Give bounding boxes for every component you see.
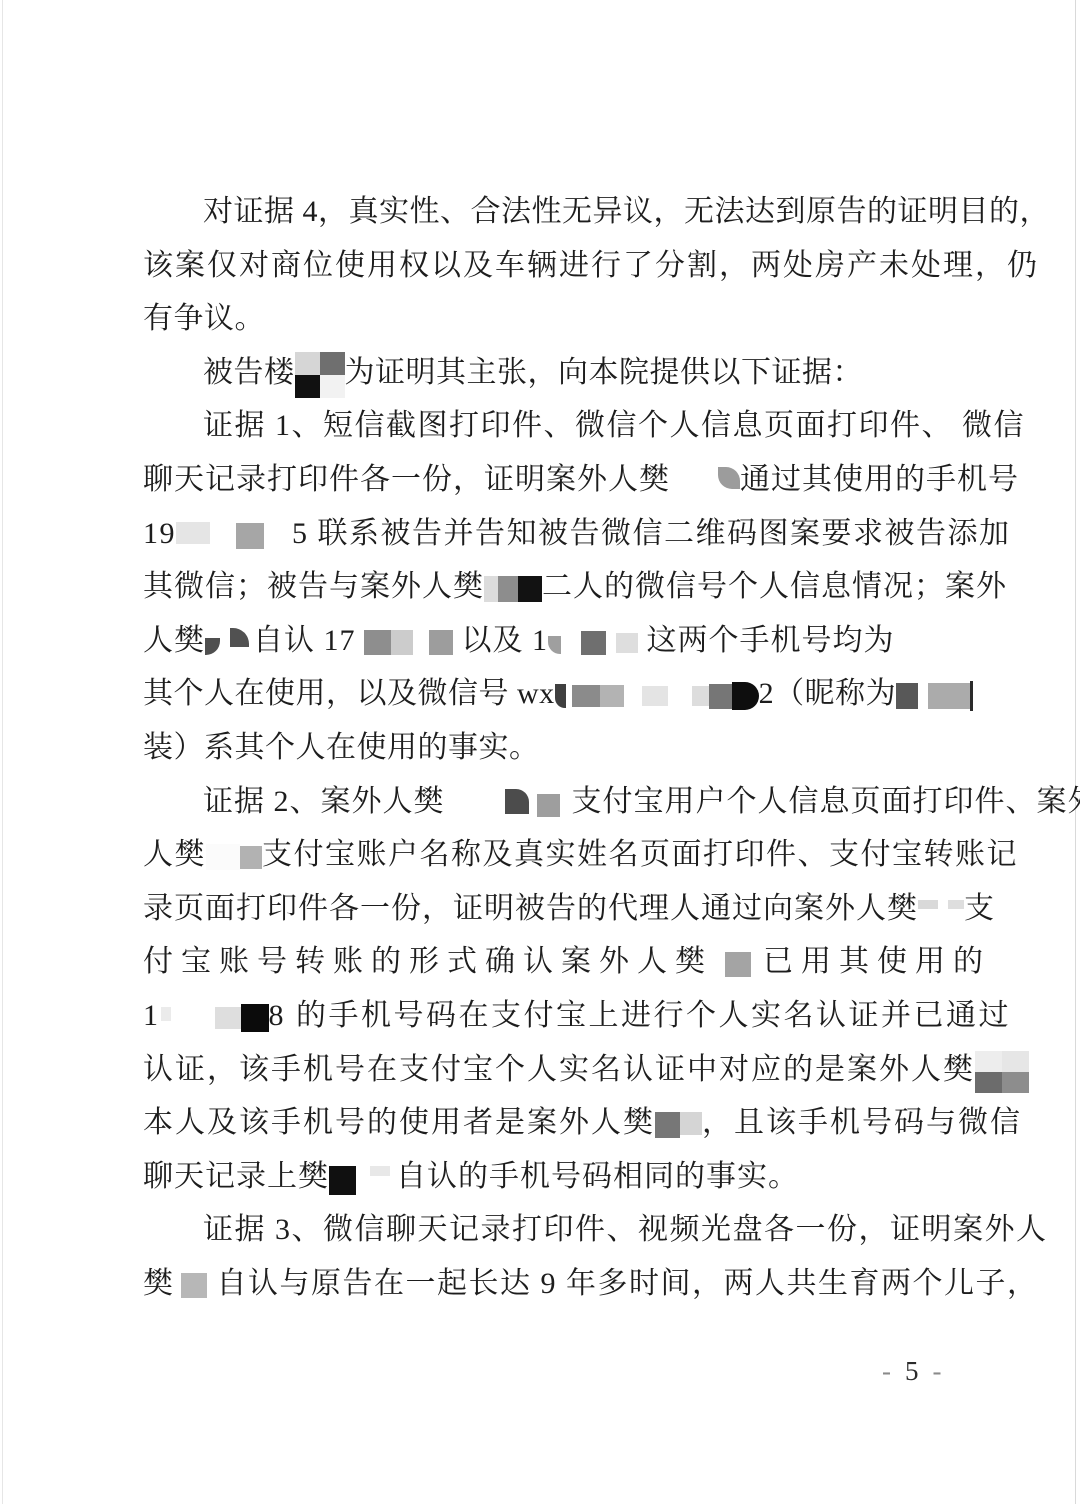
text-segment: 证据 1、短信截图打印件、微信个人信息页面打印件、 微信 [203, 409, 1025, 442]
text-line: 录页面打印件各一份，证明被告的代理人通过向案外人樊支 [143, 882, 983, 936]
redaction-outsider-name [484, 576, 542, 602]
text-segment: 自认与原告在一起长达 9 年多时间，两人共生育两个儿子， [217, 1267, 1039, 1300]
text-segment: 自认的手机号码相同的事实。 [396, 1160, 799, 1193]
text-segment: 其个人在使用，以及微信号 wx [143, 677, 555, 710]
scan-edge-left [2, 0, 3, 1504]
text-segment: 以及 1 [453, 624, 548, 657]
redaction-outsider-name [206, 844, 262, 870]
text-line: 195 联系被告并告知被告微信二维码图案要求被告添加 [143, 507, 983, 561]
redaction-wechat-id [555, 682, 759, 710]
text-segment: 本人及该手机号的使用者是案外人樊 [143, 1106, 655, 1139]
redaction-outsider-name [175, 1273, 217, 1298]
redaction-phone-number [176, 523, 292, 549]
text-segment: 有争议。 [143, 302, 265, 335]
text-segment: 证据 2、案外人樊 [203, 785, 445, 818]
text-line: 人樊支付宝账户名称及真实姓名页面打印件、支付宝转账记 [143, 828, 983, 882]
text-line: 18 的手机号码在支付宝上进行个人实名认证并已通过 [143, 989, 983, 1043]
text-line: 装）系其个人在使用的事实。 [143, 721, 983, 775]
text-segment: 1 [143, 999, 161, 1032]
text-line: 该案仅对商位使用权以及车辆进行了分割，两处房产未处理，仍 [143, 239, 983, 293]
text-segment: 支付宝账户名称及真实姓名页面打印件、支付宝转账记 [262, 838, 1018, 871]
redaction-phone-number [548, 631, 638, 655]
text-segment: 通过其使用的手机号 [740, 463, 1019, 496]
page-number-dash-left: - [868, 1356, 905, 1386]
text-segment: ，且该手机号码与微信 [702, 1106, 1022, 1139]
text-segment: 录页面打印件各一份，证明被告的代理人通过向案外人樊 [143, 892, 918, 925]
redaction-outsider-name [670, 468, 740, 496]
text-segment: 已用其使用的 [763, 945, 991, 978]
text-line: 证据 1、短信截图打印件、微信个人信息页面打印件、 微信 [143, 399, 983, 453]
document-page: 对证据 4，真实性、合法性无异议，无法达到原告的证明目的，该案仅对商位使用权以及… [0, 0, 1080, 1504]
text-line: 樊自认与原告在一起长达 9 年多时间，两人共生育两个儿子， [143, 1257, 983, 1311]
text-segment: 19 [143, 517, 176, 550]
text-segment: 认证，该手机号在支付宝个人实名认证中对应的是案外人樊 [143, 1053, 975, 1086]
text-line: 对证据 4，真实性、合法性无异议，无法达到原告的证明目的， [143, 185, 983, 239]
redaction-outsider-name [713, 952, 763, 977]
text-segment: 这两个手机号均为 [638, 624, 895, 657]
page-number-value: 5 [905, 1356, 919, 1386]
redaction-outsider-name [918, 910, 964, 913]
text-line: 付宝账号转账的形式确认案外人樊已用其使用的 [143, 935, 983, 989]
text-segment: 证据 3、微信聊天记录打印件、视频光盘各一份，证明案外人 [203, 1213, 1048, 1246]
redaction-outsider-name [205, 630, 253, 655]
text-line: 本人及该手机号的使用者是案外人樊，且该手机号码与微信 [143, 1096, 983, 1150]
text-segment: 二人的微信号个人信息情况；案外 [542, 570, 1007, 603]
text-segment: 该案仅对商位使用权以及车辆进行了分割，两处房产未处理，仍 [143, 249, 1039, 282]
text-line: 证据 2、案外人樊支付宝用户个人信息页面打印件、案外 [143, 775, 983, 829]
text-segment: 付宝账号转账的形式确认案外人樊 [143, 945, 713, 978]
text-segment: 支付宝用户个人信息页面打印件、案外 [572, 785, 1080, 818]
text-segment: 樊 [143, 1267, 175, 1300]
text-segment: 自认 17 [253, 624, 364, 657]
text-line: 有争议。 [143, 292, 983, 346]
redaction-defendant-name [295, 352, 345, 398]
text-segment: 8 的手机号码在支付宝上进行个人实名认证并已通过 [269, 999, 1012, 1032]
redaction-nickname [896, 681, 973, 711]
text-line: 被告楼为证明其主张，向本院提供以下证据： [143, 346, 983, 400]
text-segment: 人樊 [143, 838, 206, 871]
text-segment: 聊天记录上樊 [143, 1160, 329, 1193]
text-line: 聊天记录打印件各一份，证明案外人樊通过其使用的手机号 [143, 453, 983, 507]
text-line: 聊天记录上樊自认的手机号码相同的事实。 [143, 1150, 983, 1204]
text-segment: 人樊 [143, 624, 205, 657]
text-segment: 对证据 4，真实性、合法性无异议，无法达到原告的证明目的， [203, 195, 1050, 228]
text-segment: 为证明其主张，向本院提供以下证据： [345, 356, 864, 389]
scan-edge-right [1075, 0, 1076, 1504]
page-number-dash-right: - [919, 1356, 956, 1386]
text-line: 其个人在使用，以及微信号 wx2（昵称为 [143, 667, 983, 721]
text-segment: 支 [964, 892, 995, 925]
text-segment: 5 联系被告并告知被告微信二维码图案要求被告添加 [292, 517, 1011, 550]
text-segment: 被告楼 [203, 356, 295, 389]
redaction-phone-number [161, 1004, 269, 1032]
text-segment: 2（昵称为 [759, 677, 897, 710]
redaction-outsider-name [975, 1051, 1029, 1093]
text-line: 其微信；被告与案外人樊二人的微信号个人信息情况；案外 [143, 560, 983, 614]
redaction-outsider-name [329, 1162, 396, 1195]
page-number: -5- [868, 1356, 956, 1387]
redaction-outsider-name [445, 790, 572, 817]
redaction-phone-number [364, 630, 453, 655]
text-segment: 其微信；被告与案外人樊 [143, 570, 484, 603]
text-segment: 聊天记录打印件各一份，证明案外人樊 [143, 463, 670, 496]
redaction-outsider-name [655, 1112, 702, 1138]
text-line: 证据 3、微信聊天记录打印件、视频光盘各一份，证明案外人 [143, 1203, 983, 1257]
text-line: 人樊自认 17 以及 1 这两个手机号均为 [143, 614, 983, 668]
text-segment: 装）系其个人在使用的事实。 [143, 731, 540, 764]
text-line: 认证，该手机号在支付宝个人实名认证中对应的是案外人樊 [143, 1043, 983, 1097]
document-body: 对证据 4，真实性、合法性无异议，无法达到原告的证明目的，该案仅对商位使用权以及… [143, 185, 983, 1310]
